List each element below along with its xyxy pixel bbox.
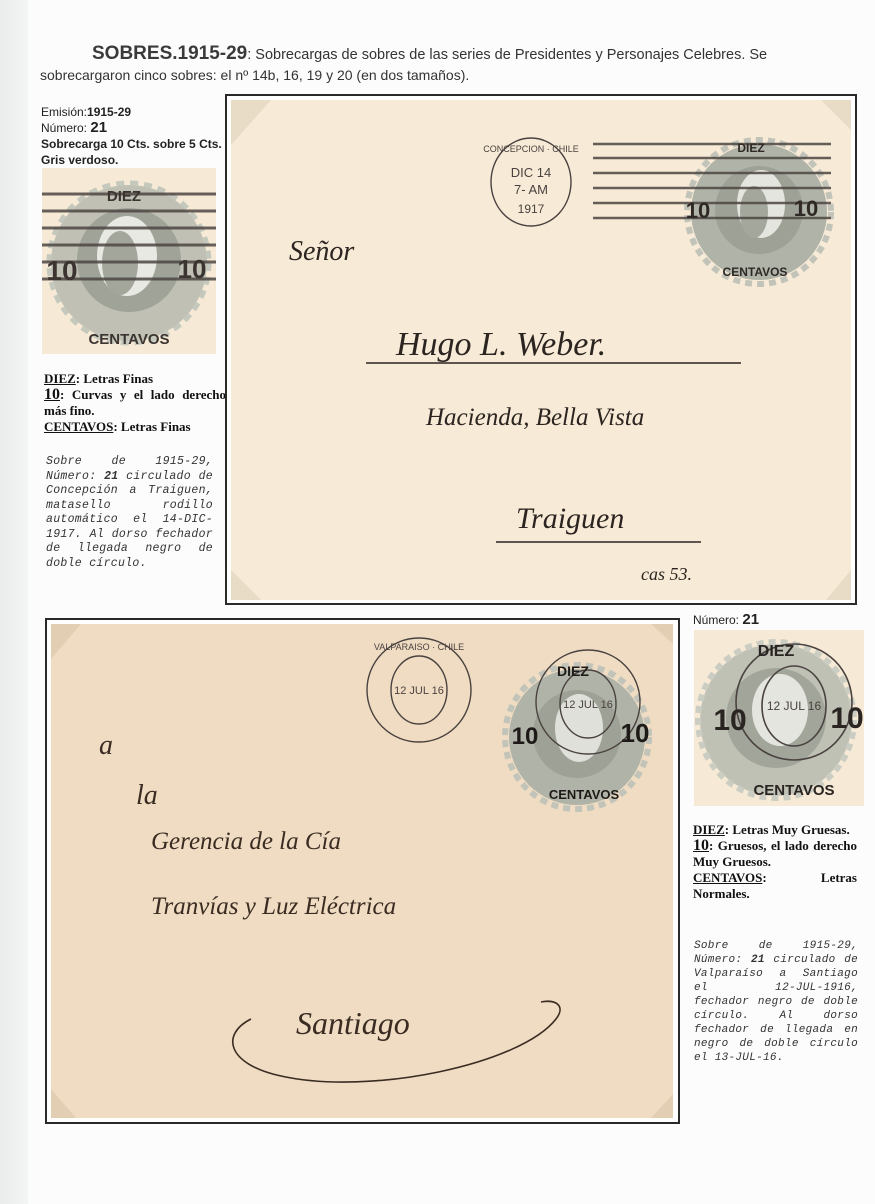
svg-text:cas 53.: cas 53.	[641, 564, 692, 584]
svg-text:Santiago: Santiago	[296, 1005, 410, 1041]
emision-value: 1915-29	[87, 105, 131, 119]
svg-text:10: 10	[512, 723, 539, 750]
note-key-10: 10	[44, 386, 60, 403]
svg-text:10: 10	[621, 718, 650, 748]
item1-meta: Emisión:1915-29 Número: 21 Sobrecarga 10…	[41, 104, 226, 168]
note-key-10: 10	[693, 837, 709, 854]
item2-numero: Número: 21	[693, 611, 759, 628]
item2-description: Sobre de 1915-29, Número: 21 circulado d…	[694, 939, 858, 1065]
note-text: : Letras Muy Gruesas.	[725, 822, 850, 837]
svg-text:DIEZ: DIEZ	[107, 188, 141, 205]
svg-text:DIEZ: DIEZ	[557, 663, 589, 679]
emision-label: Emisión:	[41, 105, 87, 119]
svg-text:a: a	[99, 730, 113, 761]
page-header: SOBRES.1915-29: Sobrecargas de sobres de…	[40, 44, 860, 85]
svg-text:DIEZ: DIEZ	[758, 643, 795, 660]
item1-description: Sobre de 1915-29, Número: 21 circulado d…	[46, 455, 213, 571]
note-key-diez: DIEZ	[693, 822, 725, 837]
stamp-image-2: 12 JUL 16 DIEZ 10 10 CENTAVOS	[694, 630, 864, 806]
svg-text:Tranvías y Luz Eléctrica: Tranvías y Luz Eléctrica	[151, 893, 396, 920]
svg-text:10: 10	[686, 198, 710, 223]
header-text-1: : Sobrecargas de sobres de las series de…	[247, 47, 767, 63]
desc-number: 21	[104, 470, 118, 483]
svg-text:12 JUL 16: 12 JUL 16	[394, 685, 444, 697]
note-text: : Curvas y el lado derecho más fino.	[44, 387, 226, 418]
svg-text:10: 10	[178, 254, 207, 284]
desc-number: 21	[751, 954, 765, 966]
svg-text:10: 10	[830, 702, 863, 735]
svg-text:VALPARAISO · CHILE: VALPARAISO · CHILE	[374, 642, 464, 652]
header-text-2: sobrecargaron cinco sobres: el nº 14b, 1…	[40, 65, 860, 85]
svg-text:CENTAVOS: CENTAVOS	[549, 787, 620, 802]
item2-notes: DIEZ: Letras Muy Gruesas. 10: Gruesos, e…	[693, 822, 857, 902]
svg-text:7- AM: 7- AM	[514, 182, 548, 197]
svg-text:CONCEPCION · CHILE: CONCEPCION · CHILE	[483, 144, 579, 154]
note-text: : Letras Finas	[76, 371, 153, 386]
svg-text:1917: 1917	[518, 202, 545, 216]
sobrecarga-text: Sobrecarga 10 Cts. sobre 5 Cts. Gris ver…	[41, 137, 222, 167]
svg-text:12 JUL 16: 12 JUL 16	[767, 699, 822, 713]
svg-text:DIEZ: DIEZ	[737, 141, 764, 155]
note-text: : Gruesos, el lado derecho Muy Gruesos.	[693, 838, 857, 869]
envelope1-image: CONCEPCION · CHILE DIC 14 7- AM 1917 DIE…	[231, 100, 851, 600]
envelope1: CONCEPCION · CHILE DIC 14 7- AM 1917 DIE…	[231, 100, 851, 600]
desc-text: circulado de Concepción a Traiguen, mata…	[46, 470, 213, 570]
note-key-centavos: CENTAVOS	[693, 870, 762, 885]
scan-edge	[0, 0, 28, 1204]
svg-text:CENTAVOS: CENTAVOS	[88, 331, 169, 348]
numero-label: Número:	[41, 121, 87, 135]
svg-text:12 JUL 16: 12 JUL 16	[563, 699, 613, 711]
numero-value: 21	[90, 119, 107, 136]
svg-text:Hacienda, Bella Vista: Hacienda, Bella Vista	[425, 404, 644, 431]
page-title: SOBRES.1915-29	[40, 43, 247, 64]
note-text: : Letras Finas	[113, 419, 190, 434]
svg-text:10: 10	[713, 704, 746, 737]
numero-value: 21	[742, 611, 759, 628]
note-key-diez: DIEZ	[44, 371, 76, 386]
svg-text:CENTAVOS: CENTAVOS	[753, 782, 834, 799]
svg-text:Hugo L. Weber.: Hugo L. Weber.	[395, 326, 606, 363]
svg-text:CENTAVOS: CENTAVOS	[723, 265, 788, 279]
desc-text: circulado de Valparaíso a Santiago el 12…	[694, 954, 858, 1064]
envelope2-image: VALPARAISO · CHILE 12 JUL 16 12 JUL 16 D…	[51, 624, 673, 1118]
stamp-image-1: DIEZ 10 10 CENTAVOS	[42, 168, 216, 354]
svg-text:Señor: Señor	[289, 236, 354, 267]
svg-text:Gerencia de la Cía: Gerencia de la Cía	[151, 828, 341, 855]
envelope2: VALPARAISO · CHILE 12 JUL 16 12 JUL 16 D…	[51, 624, 673, 1118]
item1-notes: DIEZ: Letras Finas 10: Curvas y el lado …	[44, 371, 226, 435]
svg-text:10: 10	[794, 196, 818, 221]
svg-text:Traiguen: Traiguen	[516, 502, 624, 535]
item1-stamp-detail: DIEZ 10 10 CENTAVOS	[42, 168, 216, 354]
note-key-centavos: CENTAVOS	[44, 419, 113, 434]
svg-text:la: la	[136, 780, 158, 811]
item2-stamp-detail: 12 JUL 16 DIEZ 10 10 CENTAVOS	[694, 630, 864, 806]
svg-text:DIC 14: DIC 14	[511, 165, 551, 180]
numero-label: Número:	[693, 613, 739, 627]
svg-text:10: 10	[46, 255, 77, 286]
